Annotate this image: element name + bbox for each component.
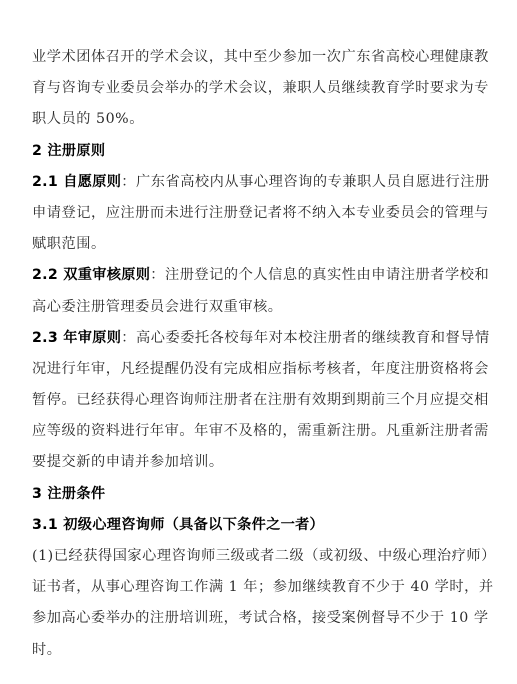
paragraph-line: 育与咨询专业委员会举办的学术会议，兼职人员继续教育学时要求为专 — [32, 73, 465, 104]
paragraph-line: 应等级的资料进行年审。年审不及格的，需重新注册。凡重新注册者需 — [32, 416, 465, 447]
sub-heading: 3.1 初级心理咨询师（具备以下条件之一者） — [32, 510, 465, 541]
section-heading: 3 注册条件 — [32, 479, 465, 510]
section-heading: 2 注册原则 — [32, 136, 465, 167]
paragraph-line: 证书者，从事心理咨询工作满 1 年；参加继续教育不少于 40 学时，并 — [32, 572, 465, 603]
paragraph-line: 况进行年审，凡经提醒仍没有完成相应指标考核者，年度注册资格将会 — [32, 354, 465, 385]
paragraph-line: 暂停。已经获得心理咨询师注册者在注册有效期到期前三个月应提交相 — [32, 385, 465, 416]
principle-label: 2.1 自愿原则 — [32, 174, 121, 190]
paragraph-text: 高心委委托各校每年对本校注册者的继续教育和督导情 — [136, 330, 490, 346]
paragraph-line: 申请登记，应注册而未进行注册登记者将不纳入本专业委员会的管理与 — [32, 198, 465, 229]
principle-2-2: 2.2 双重审核原则：注册登记的个人信息的真实性由申请注册者学校和 — [32, 260, 465, 291]
paragraph-line: 高心委注册管理委员会进行双重审核。 — [32, 292, 465, 323]
principle-label: 2.2 双重审核原则 — [32, 267, 150, 283]
document-page: 业学术团体召开的学术会议，其中至少参加一次广东省高校心理健康教 育与咨询专业委员… — [0, 0, 517, 666]
paragraph-text: 广东省高校内从事心理咨询的专兼职人员自愿进行注册 — [136, 174, 490, 190]
principle-2-1: 2.1 自愿原则：广东省高校内从事心理咨询的专兼职人员自愿进行注册 — [32, 167, 465, 198]
paragraph-line: 要提交新的申请并参加培训。 — [32, 447, 465, 478]
principle-2-3: 2.3 年审原则：高心委委托各校每年对本校注册者的继续教育和督导情 — [32, 323, 465, 354]
paragraph-line: 业学术团体召开的学术会议，其中至少参加一次广东省高校心理健康教 — [32, 42, 465, 73]
paragraph-line: 参加高心委举办的注册培训班，考试合格，接受案例督导不少于 10 学 — [32, 603, 465, 634]
paragraph-text: 注册登记的个人信息的真实性由申请注册者学校和 — [165, 267, 489, 283]
paragraph-line: 职人员的 50%。 — [32, 104, 465, 135]
paragraph-line: (1)已经获得国家心理咨询师三级或者二级（或初级、中级心理治疗师） — [32, 541, 465, 572]
separator: ： — [121, 330, 136, 346]
paragraph-line: 赋职范围。 — [32, 229, 465, 260]
paragraph-line: 时。 — [32, 635, 465, 666]
principle-label: 2.3 年审原则 — [32, 330, 121, 346]
separator: ： — [150, 267, 165, 283]
separator: ： — [121, 174, 136, 190]
